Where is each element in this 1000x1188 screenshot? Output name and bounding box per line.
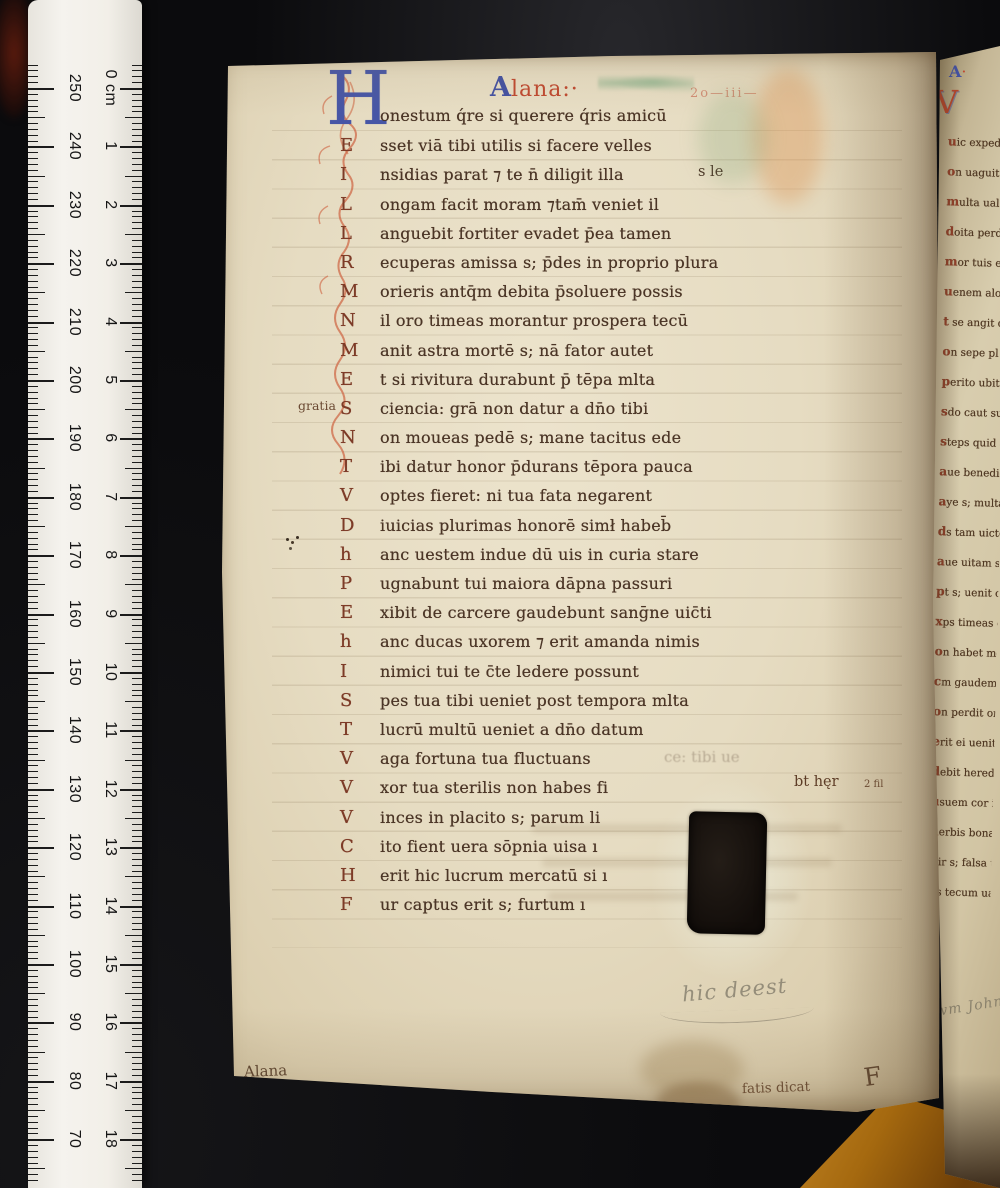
recto-text-line: aue uitam s; mī [936, 554, 999, 586]
ruler-tick [132, 222, 142, 223]
ruler-tick [28, 672, 54, 674]
ruler-tick [28, 631, 38, 632]
ruler-tick [132, 625, 142, 626]
ruler-tick [132, 1063, 142, 1064]
ruler-tick [132, 357, 142, 358]
line-initial: N [340, 310, 380, 331]
ruler-tick [125, 701, 142, 702]
ruler-tick [125, 1052, 142, 1053]
ruler-tick [28, 456, 38, 457]
ruler-tick [28, 158, 38, 159]
ruler-tick [28, 368, 38, 369]
ruler-tick [28, 544, 38, 545]
ruler-tick [28, 964, 54, 966]
line-text: sset viā tibi utilis si facere velles [380, 136, 652, 155]
ruler-tick [28, 392, 38, 393]
ruler-tick [125, 468, 142, 469]
ruler-tick [28, 275, 38, 276]
ruler-tick [28, 211, 38, 212]
ruler-number: 0 cm [99, 65, 119, 111]
ruler-tick [132, 503, 142, 504]
ruler-tick [132, 619, 142, 620]
ruler-tick [132, 158, 142, 159]
ruler-number: 14 [99, 883, 119, 929]
ruler-tick [28, 403, 38, 404]
ruler-tick [28, 526, 45, 527]
ruler-tick [120, 789, 142, 791]
ruler-tick [125, 1168, 142, 1169]
ruler-tick [132, 368, 142, 369]
ruler-tick [120, 146, 142, 148]
ruler-tick [28, 1151, 38, 1152]
ruler-tick [132, 579, 142, 580]
ruler-tick [28, 643, 45, 644]
ruler-tick [28, 760, 45, 761]
ruler-tick [28, 263, 54, 265]
ruler-tick [28, 795, 38, 796]
ruler-tick [28, 532, 38, 533]
ruler-tick [28, 637, 38, 638]
ruler-tick [28, 754, 38, 755]
recto-text-line: ds tam uictem ⁊ [937, 524, 1000, 556]
ruler-tick [28, 783, 38, 784]
ruler-tick [132, 491, 142, 492]
ruler-tick [28, 164, 38, 165]
ruler-tick [28, 76, 38, 77]
recto-text-line: usuem cor iudicā [930, 794, 993, 826]
ruler-tick [132, 684, 142, 685]
bottom-note-alana: Alana [244, 1061, 288, 1080]
ruler-tick [120, 964, 142, 966]
ruler-tick [28, 789, 54, 791]
ruler-tick [28, 357, 38, 358]
ruler-tick [120, 730, 142, 732]
text-block: onestum q́re si querere q́ris amicūEsset… [340, 106, 925, 923]
ruler-tick [132, 859, 142, 860]
ruler-number: 9 [99, 591, 119, 637]
ruler-tick [28, 800, 38, 801]
ruler-tick [28, 812, 38, 813]
ruler-tick [28, 1168, 45, 1169]
ruler-tick [28, 450, 38, 451]
ruler-tick [132, 193, 142, 194]
ruler-tick [28, 193, 38, 194]
ruler-tick [28, 1040, 38, 1041]
ruler-tick [132, 1157, 142, 1158]
line-text: nsidias parat ⁊ te n̄ diligit illa [380, 165, 624, 184]
ruler-tick [132, 637, 142, 638]
ruler-tick [132, 520, 142, 521]
ruler-tick [132, 111, 142, 112]
ruler-number: 180 [63, 474, 83, 520]
ruler-tick [132, 170, 142, 171]
recto-text-block: uic expedetuīon uaguit dui lomulta ual u… [928, 134, 1000, 915]
ruler-tick [125, 760, 142, 761]
ruler-tick [132, 783, 142, 784]
ruler-tick [132, 824, 142, 825]
show-through-text [532, 824, 842, 833]
text-line: Et si rivitura durabunt p̄ tēpa mlta [340, 369, 925, 398]
ruler-tick [132, 853, 142, 854]
line-text: orieris antq̄m debita p̄soluere possis [380, 282, 683, 301]
recto-text-line: steps quid aperī [940, 434, 1000, 466]
ruler-tick [28, 351, 45, 352]
ruler-tick [125, 584, 142, 585]
ruler-tick [28, 1180, 38, 1181]
ruler-tick [132, 508, 142, 509]
text-line: Tlucrū multū ueniet a dn̄o datum [340, 719, 925, 748]
ruler-tick [120, 672, 142, 674]
ruler-tick [132, 94, 142, 95]
ruler-tick [28, 298, 38, 299]
ruler-tick [28, 269, 38, 270]
line-text: il oro timeas morantur prospera tecū [380, 311, 688, 330]
ink-specks [286, 538, 289, 541]
ruler-tick [28, 882, 38, 883]
ruler-number: 70 [63, 1116, 83, 1162]
recto-text-line: sdo caut sune q [940, 404, 1000, 436]
ruler-tick [132, 649, 142, 650]
ruler-tick [28, 742, 38, 743]
ruler-tick [28, 438, 54, 440]
ruler-tick [28, 199, 38, 200]
ruler-tick [132, 713, 142, 714]
ruler-tick [132, 100, 142, 101]
ruler-tick [28, 123, 38, 124]
ruler-tick [132, 917, 142, 918]
ruler: 2500 cm240123022203210420051906180717081… [28, 0, 142, 1188]
recto-text-line: t se angit dece [943, 314, 1000, 346]
ruler-tick [28, 398, 38, 399]
ruler-tick [28, 841, 38, 842]
line-text: xibit de carcere gaudebunt sanḡne uic̄ti [380, 603, 712, 622]
ruler-number: 18 [99, 1116, 119, 1162]
ruler-number: 7 [99, 474, 119, 520]
ruler-tick [132, 415, 142, 416]
ruler-tick [132, 76, 142, 77]
ruler-tick [28, 111, 38, 112]
pencil-underline [660, 1007, 814, 1025]
ruler-tick [132, 1017, 142, 1018]
line-text: anguebit fortiter evadet p̄ea tamen [380, 224, 671, 243]
ruler-tick [28, 584, 45, 585]
ruler-tick [28, 152, 38, 153]
ruler-tick [28, 847, 54, 849]
ruler-tick [28, 1063, 38, 1064]
ruler-tick [28, 176, 45, 177]
ruler-number: 150 [63, 649, 83, 695]
recto-text-line: on sepe pl fac [942, 344, 1000, 376]
ruler-tick [132, 888, 142, 889]
ruler-tick [120, 322, 142, 324]
ruler-tick [132, 923, 142, 924]
ruler-tick [28, 1057, 38, 1058]
ruler-tick [132, 654, 142, 655]
ruler-tick [28, 1116, 38, 1117]
ruler-tick [28, 491, 38, 492]
ruler-tick [132, 596, 142, 597]
recto-text-line: perito ubit adq [941, 374, 1000, 406]
ruler-number: 130 [63, 766, 83, 812]
line-text: on moueas pedē s; mane tacitus ede [380, 428, 681, 447]
line-text: erit hic lucrum mercatū si ı [380, 866, 608, 885]
ruler-tick [132, 1005, 142, 1006]
ruler-number: 220 [63, 240, 83, 286]
ruler-tick [28, 257, 38, 258]
recto-text-line: aye s; multa cū f [938, 494, 1000, 526]
ruler-tick [28, 380, 54, 382]
text-line: Voptes fieret: ni tua fata negarent [340, 485, 925, 514]
ruler-tick [132, 333, 142, 334]
ruler-tick [125, 117, 142, 118]
ruler-tick [28, 1022, 54, 1024]
line-text: ibi datur honor p̄durans tēpora pauca [380, 457, 693, 476]
line-text: pes tua tibi ueniet post tempora mlta [380, 691, 689, 710]
ruler-tick [28, 923, 38, 924]
margin-note-2-fil: 2 fil [864, 779, 883, 790]
ruler-tick [28, 736, 38, 737]
ruler-tick [28, 836, 38, 837]
show-through-text [542, 858, 832, 867]
ruler-number: 190 [63, 415, 83, 461]
ruler-tick [120, 497, 142, 499]
ruler-tick [28, 146, 54, 148]
ruler-number: 250 [63, 65, 83, 111]
ruler-tick [132, 952, 142, 953]
ruler-tick [28, 1098, 38, 1099]
ruler-tick [28, 1133, 38, 1134]
manuscript-page-recto: A· V uic expedetuīon uaguit dui lomulta … [933, 46, 1000, 1188]
ruler-tick [132, 345, 142, 346]
ruler-tick [28, 900, 38, 901]
ruler-tick [132, 690, 142, 691]
ruler-tick [132, 181, 142, 182]
text-line: Non moueas pedē s; mane tacitus ede [340, 427, 925, 456]
ruler-tick [28, 871, 38, 872]
ruler-tick [132, 1046, 142, 1047]
ruler-tick [132, 216, 142, 217]
ruler-tick [132, 666, 142, 667]
stain [656, 1082, 740, 1124]
ruler-number: 13 [99, 824, 119, 870]
line-initial: S [340, 398, 380, 419]
ruler-tick [28, 1011, 38, 1012]
ruler-tick [132, 765, 142, 766]
recto-text-line: aue benedicat [939, 464, 1000, 496]
recto-text-line: uic expedetuī [947, 134, 1000, 166]
ruler-tick [28, 520, 38, 521]
ruler-tick [125, 234, 142, 235]
ruler-tick [28, 987, 38, 988]
text-line: Longam facit moram ⁊tam̄ veniet il [340, 194, 925, 223]
recto-text-line: pt s; uenit oni to [936, 584, 999, 616]
line-initial: M [340, 281, 380, 302]
ruler-tick [132, 941, 142, 942]
ruler-tick [28, 1052, 45, 1053]
ruler-tick [132, 754, 142, 755]
ruler-tick [132, 800, 142, 801]
ruler-tick [132, 660, 142, 661]
ruler-tick [132, 894, 142, 895]
ruler-tick [28, 625, 38, 626]
recto-text-line: uerbis bona ⁊ iu [929, 824, 992, 856]
ruler-tick [132, 929, 142, 930]
recto-text-line: on habet momāt [934, 644, 997, 676]
ruler-tick [132, 538, 142, 539]
ruler-number: 6 [99, 415, 119, 461]
ruler-tick [28, 684, 38, 685]
ruler-tick [28, 602, 38, 603]
ruler-tick [132, 129, 142, 130]
ruler-tick [125, 526, 142, 527]
ruler-tick [132, 362, 142, 363]
ruler-tick [132, 970, 142, 971]
ruler-tick [132, 719, 142, 720]
ruler-tick [132, 1098, 142, 1099]
ruler-tick [132, 806, 142, 807]
ruler-tick [28, 824, 38, 825]
line-text: optes fieret: ni tua fata negarent [380, 486, 652, 505]
ruler-tick [132, 1087, 142, 1088]
ruler-tick [28, 695, 38, 696]
ruler-tick [28, 713, 38, 714]
ruler-tick [132, 141, 142, 142]
ruler-tick [132, 549, 142, 550]
line-initial: V [340, 485, 380, 506]
ruler-tick [28, 946, 38, 947]
ruler-tick [132, 187, 142, 188]
line-text: ecuperas amissa s; p̄des in proprio plur… [380, 253, 718, 272]
ruler-tick [28, 573, 38, 574]
ruler-tick [28, 952, 38, 953]
text-line: Herit hic lucrum mercatū si ı [340, 865, 925, 894]
ruler-tick [132, 240, 142, 241]
ruler-tick [132, 1133, 142, 1134]
ruler-tick [120, 205, 142, 207]
ruler-tick [125, 409, 142, 410]
line-text: onestum q́re si querere q́ris amicū [380, 106, 667, 125]
ruler-tick [28, 1081, 54, 1083]
ruler-tick [28, 859, 38, 860]
ruler-tick [28, 555, 54, 557]
ruler-tick [28, 444, 38, 445]
ruler-tick [120, 1081, 142, 1083]
ruler-number: 210 [63, 299, 83, 345]
ruler-tick [28, 596, 38, 597]
ruler-tick [28, 1092, 38, 1093]
ruler-tick [132, 777, 142, 778]
manuscript-page-verso: Alana:· 2o—iii— H onestum q́re si querer… [212, 52, 940, 1114]
ruler-tick [28, 906, 54, 908]
ruler-number: 4 [99, 299, 119, 345]
ruler-tick [132, 707, 142, 708]
line-text: anc uestem indue dū uis in curia stare [380, 545, 699, 564]
ruler-tick [132, 392, 142, 393]
ruler-tick [28, 187, 38, 188]
ruler-tick [132, 252, 142, 253]
ruler-tick [28, 1087, 38, 1088]
ruler-tick [125, 1110, 142, 1111]
line-initial: V [340, 777, 380, 798]
ruler-tick [132, 327, 142, 328]
line-initial: V [340, 748, 380, 769]
ruler-number: 12 [99, 766, 119, 812]
ruler-tick [28, 222, 38, 223]
ruler-tick [132, 1163, 142, 1164]
ruler-tick [132, 725, 142, 726]
line-text: ito fient uera sōpnia uisa ı [380, 837, 598, 856]
text-line: Tibi datur honor p̄durans tēpora pauca [340, 456, 925, 485]
ruler-tick [132, 736, 142, 737]
ruler-tick [28, 427, 38, 428]
bottom-note-fatis: fatis dicat [742, 1079, 811, 1097]
line-text: anit astra mortē s; nā fator autet [380, 341, 653, 360]
ruler-tick [28, 876, 45, 877]
ruler-tick [28, 690, 38, 691]
ruler-tick [28, 976, 38, 977]
ruler-tick [120, 88, 142, 90]
ruler-tick [28, 1157, 38, 1158]
text-line: Languebit fortiter evadet p̄ea tamen [340, 223, 925, 252]
ruler-tick [132, 70, 142, 71]
ruler-number: 11 [99, 707, 119, 753]
line-initial: T [340, 719, 380, 740]
ruler-tick [28, 1122, 38, 1123]
recto-drop-cap: V [935, 86, 958, 118]
ruler-tick [132, 1069, 142, 1070]
ruler-tick [132, 65, 142, 66]
line-text: lucrū multū ueniet a dn̄o datum [380, 720, 644, 739]
recto-text-line: multa ual uolēt [946, 194, 1000, 226]
ruler-tick [28, 888, 38, 889]
ruler-number: 110 [63, 883, 83, 929]
ruler-tick [132, 246, 142, 247]
text-line: Recuperas amissa s; p̄des in proprio plu… [340, 252, 925, 281]
ruler-tick [125, 351, 142, 352]
ruler-tick [132, 976, 142, 977]
ruler-tick [28, 538, 38, 539]
ruler-tick [28, 911, 38, 912]
line-initial: I [340, 164, 380, 185]
ruler-tick [28, 1174, 38, 1175]
ruler-tick [120, 614, 142, 616]
ruler-tick [132, 830, 142, 831]
ruler-tick [132, 1092, 142, 1093]
recto-heading: A· [949, 62, 967, 81]
line-text: ciencia: grā non datur a dn̄o tibi [380, 399, 648, 418]
ruler-tick [120, 1139, 142, 1141]
recto-text-line: mor tuis est fa [944, 254, 1000, 286]
ruler-tick [28, 719, 38, 720]
ruler-tick [132, 958, 142, 959]
ruler-tick [132, 1145, 142, 1146]
line-initial: R [340, 252, 380, 273]
ruler-tick [132, 871, 142, 872]
ruler-tick [28, 181, 38, 182]
ruler-tick [120, 380, 142, 382]
ruler-tick [28, 117, 45, 118]
photograph: Alana:· 2o—iii— H onestum q́re si querer… [0, 0, 1000, 1188]
ruler-tick [28, 345, 38, 346]
ruler-tick [132, 1180, 142, 1181]
recto-text-line: on uaguit dui lo [947, 164, 1000, 196]
ruler-tick [132, 287, 142, 288]
text-line: Inimici tui te c̄te ledere possunt [340, 661, 925, 690]
line-initial: S [340, 690, 380, 711]
ruler-tick [28, 818, 45, 819]
line-initial: P [340, 573, 380, 594]
ruler-tick [132, 339, 142, 340]
